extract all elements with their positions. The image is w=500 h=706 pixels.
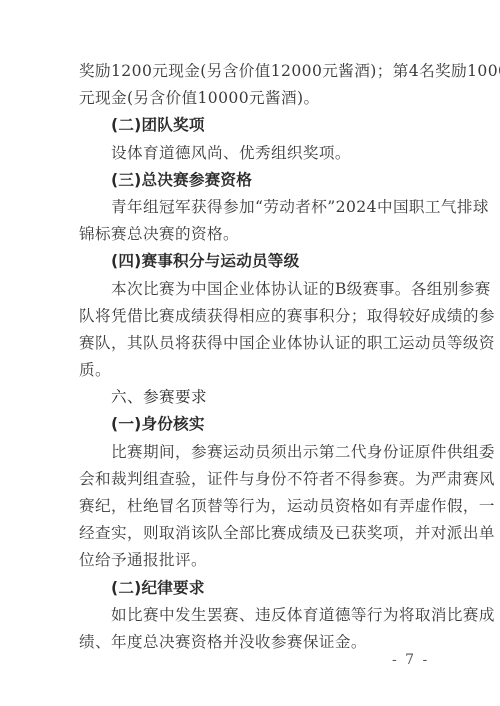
subheading-points-and-levels: (四)赛事积分与运动员等级 bbox=[79, 248, 429, 275]
body-line: 元现金(另含价值10000元酱酒)。 bbox=[79, 85, 429, 112]
subheading-team-awards: (二)团队奖项 bbox=[79, 112, 429, 139]
body-line: 如比赛中发生罢赛、违反体育道德等行为将取消比赛成 bbox=[79, 602, 429, 629]
body-line: 赛队，其队员将获得中国企业体协认证的职工运动员等级资 bbox=[79, 330, 429, 357]
body-line: 会和裁判组查验，证件与身份不符者不得参赛。为严肃赛风 bbox=[79, 466, 429, 493]
subheading-identity-verification: (一)身份核实 bbox=[79, 411, 429, 438]
body-line: 比赛期间，参赛运动员须出示第二代身份证原件供组委 bbox=[79, 439, 429, 466]
body-line: 设体育道德风尚、优秀组织奖项。 bbox=[79, 140, 429, 167]
page-number: - 7 - bbox=[392, 652, 429, 668]
body-line: 位给予通报批评。 bbox=[79, 547, 429, 574]
body-line: 经查实，则取消该队全部比赛成绩及已获奖项，并对派出单 bbox=[79, 520, 429, 547]
body-line: 青年组冠军获得参加“劳动者杯”2024中国职工气排球 bbox=[79, 194, 429, 221]
body-line: 锦标赛总决赛的资格。 bbox=[79, 221, 429, 248]
body-line: 绩、年度总决赛资格并没收参赛保证金。 bbox=[79, 629, 429, 656]
subheading-finals-qualification: (三)总决赛参赛资格 bbox=[79, 167, 429, 194]
body-line: 奖励1200元现金(另含价值12000元酱酒)；第4名奖励1000 bbox=[79, 58, 429, 85]
document-page: 奖励1200元现金(另含价值12000元酱酒)；第4名奖励1000 元现金(另含… bbox=[79, 58, 429, 656]
subheading-discipline: (二)纪律要求 bbox=[79, 575, 429, 602]
body-line: 质。 bbox=[79, 357, 429, 384]
body-line: 本次比赛为中国企业体协认证的B级赛事。各组别参赛 bbox=[79, 276, 429, 303]
section-heading-requirements: 六、参赛要求 bbox=[79, 384, 429, 411]
body-line: 赛纪，杜绝冒名顶替等行为，运动员资格如有弄虚作假，一 bbox=[79, 493, 429, 520]
body-line: 队将凭借比赛成绩获得相应的赛事积分；取得较好成绩的参 bbox=[79, 303, 429, 330]
